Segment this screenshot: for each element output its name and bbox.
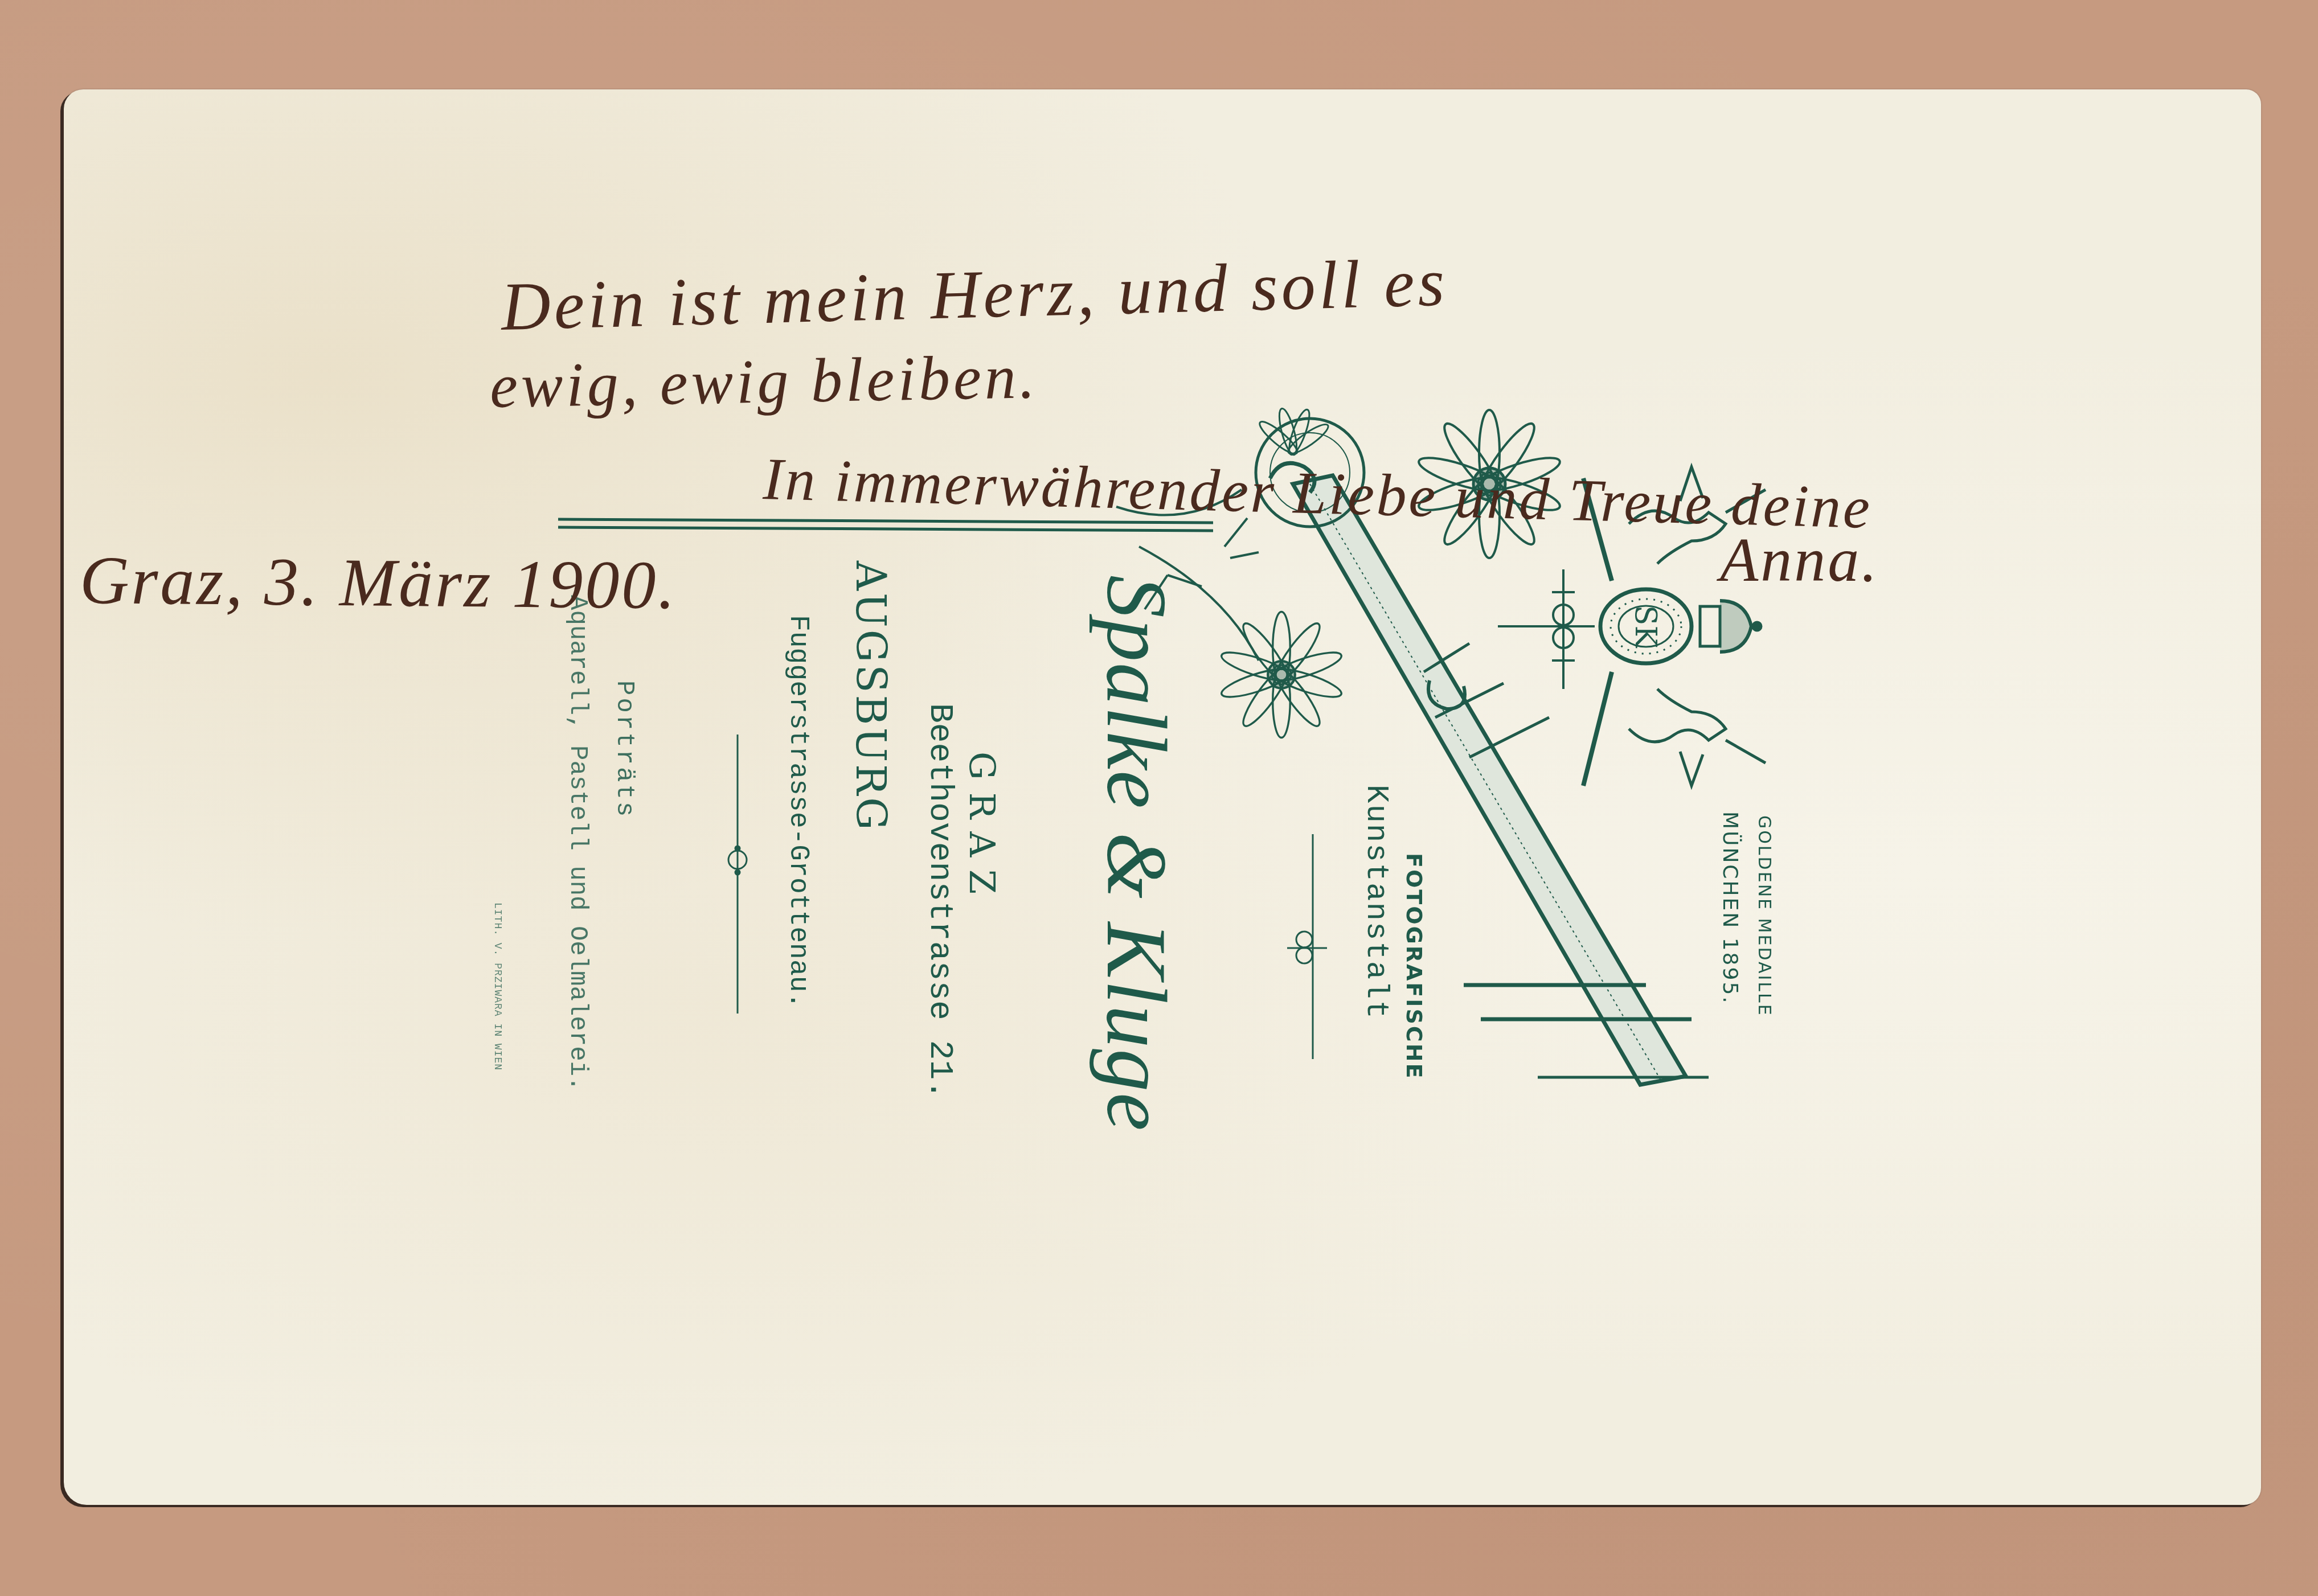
services-list: Aquarell, Pastell und Oelmalerei. — [565, 595, 590, 1091]
location-city-graz: GRAZ — [964, 752, 1000, 906]
medal-line-1: GOLDENE MEDAILLE — [1755, 815, 1772, 1017]
location-address-augsburg: Fuggerstrasse-Grottenau. — [784, 615, 812, 1008]
inscription-signature: Anna. — [1720, 524, 1879, 596]
crest-monogram-icon: SK — [1600, 589, 1692, 663]
printer-credit: LITH. V. PRZIWARA IN WIEN — [492, 902, 502, 1070]
location-city-augsburg: AUGSBURG — [850, 561, 891, 832]
medal-line-2: MÜNCHEN 1895. — [1719, 811, 1740, 1005]
studio-name: Spalke & Kluge — [1094, 575, 1179, 1132]
scroll-ornament-icon — [1498, 569, 1595, 689]
divider-ornament-icon — [728, 735, 747, 1014]
studio-tagline-2: Kunstanstalt — [1360, 785, 1391, 1020]
svg-text:SK: SK — [1628, 605, 1662, 649]
location-address-graz: Beethovenstrasse 21. — [923, 703, 956, 1099]
studio-tagline-1: FOTOGRAFISCHE — [1403, 853, 1425, 1080]
divider-ornament-icon — [1287, 834, 1327, 1059]
daisy-flower-icon — [1256, 407, 1332, 458]
services-heading: Porträts — [612, 680, 637, 819]
inscription-line-2: ewig, ewig bleiben. — [489, 340, 1039, 422]
crown-icon — [1700, 601, 1761, 652]
daisy-flower-icon — [1219, 612, 1344, 738]
inscription-date: Graz, 3. März 1900. — [79, 541, 678, 625]
